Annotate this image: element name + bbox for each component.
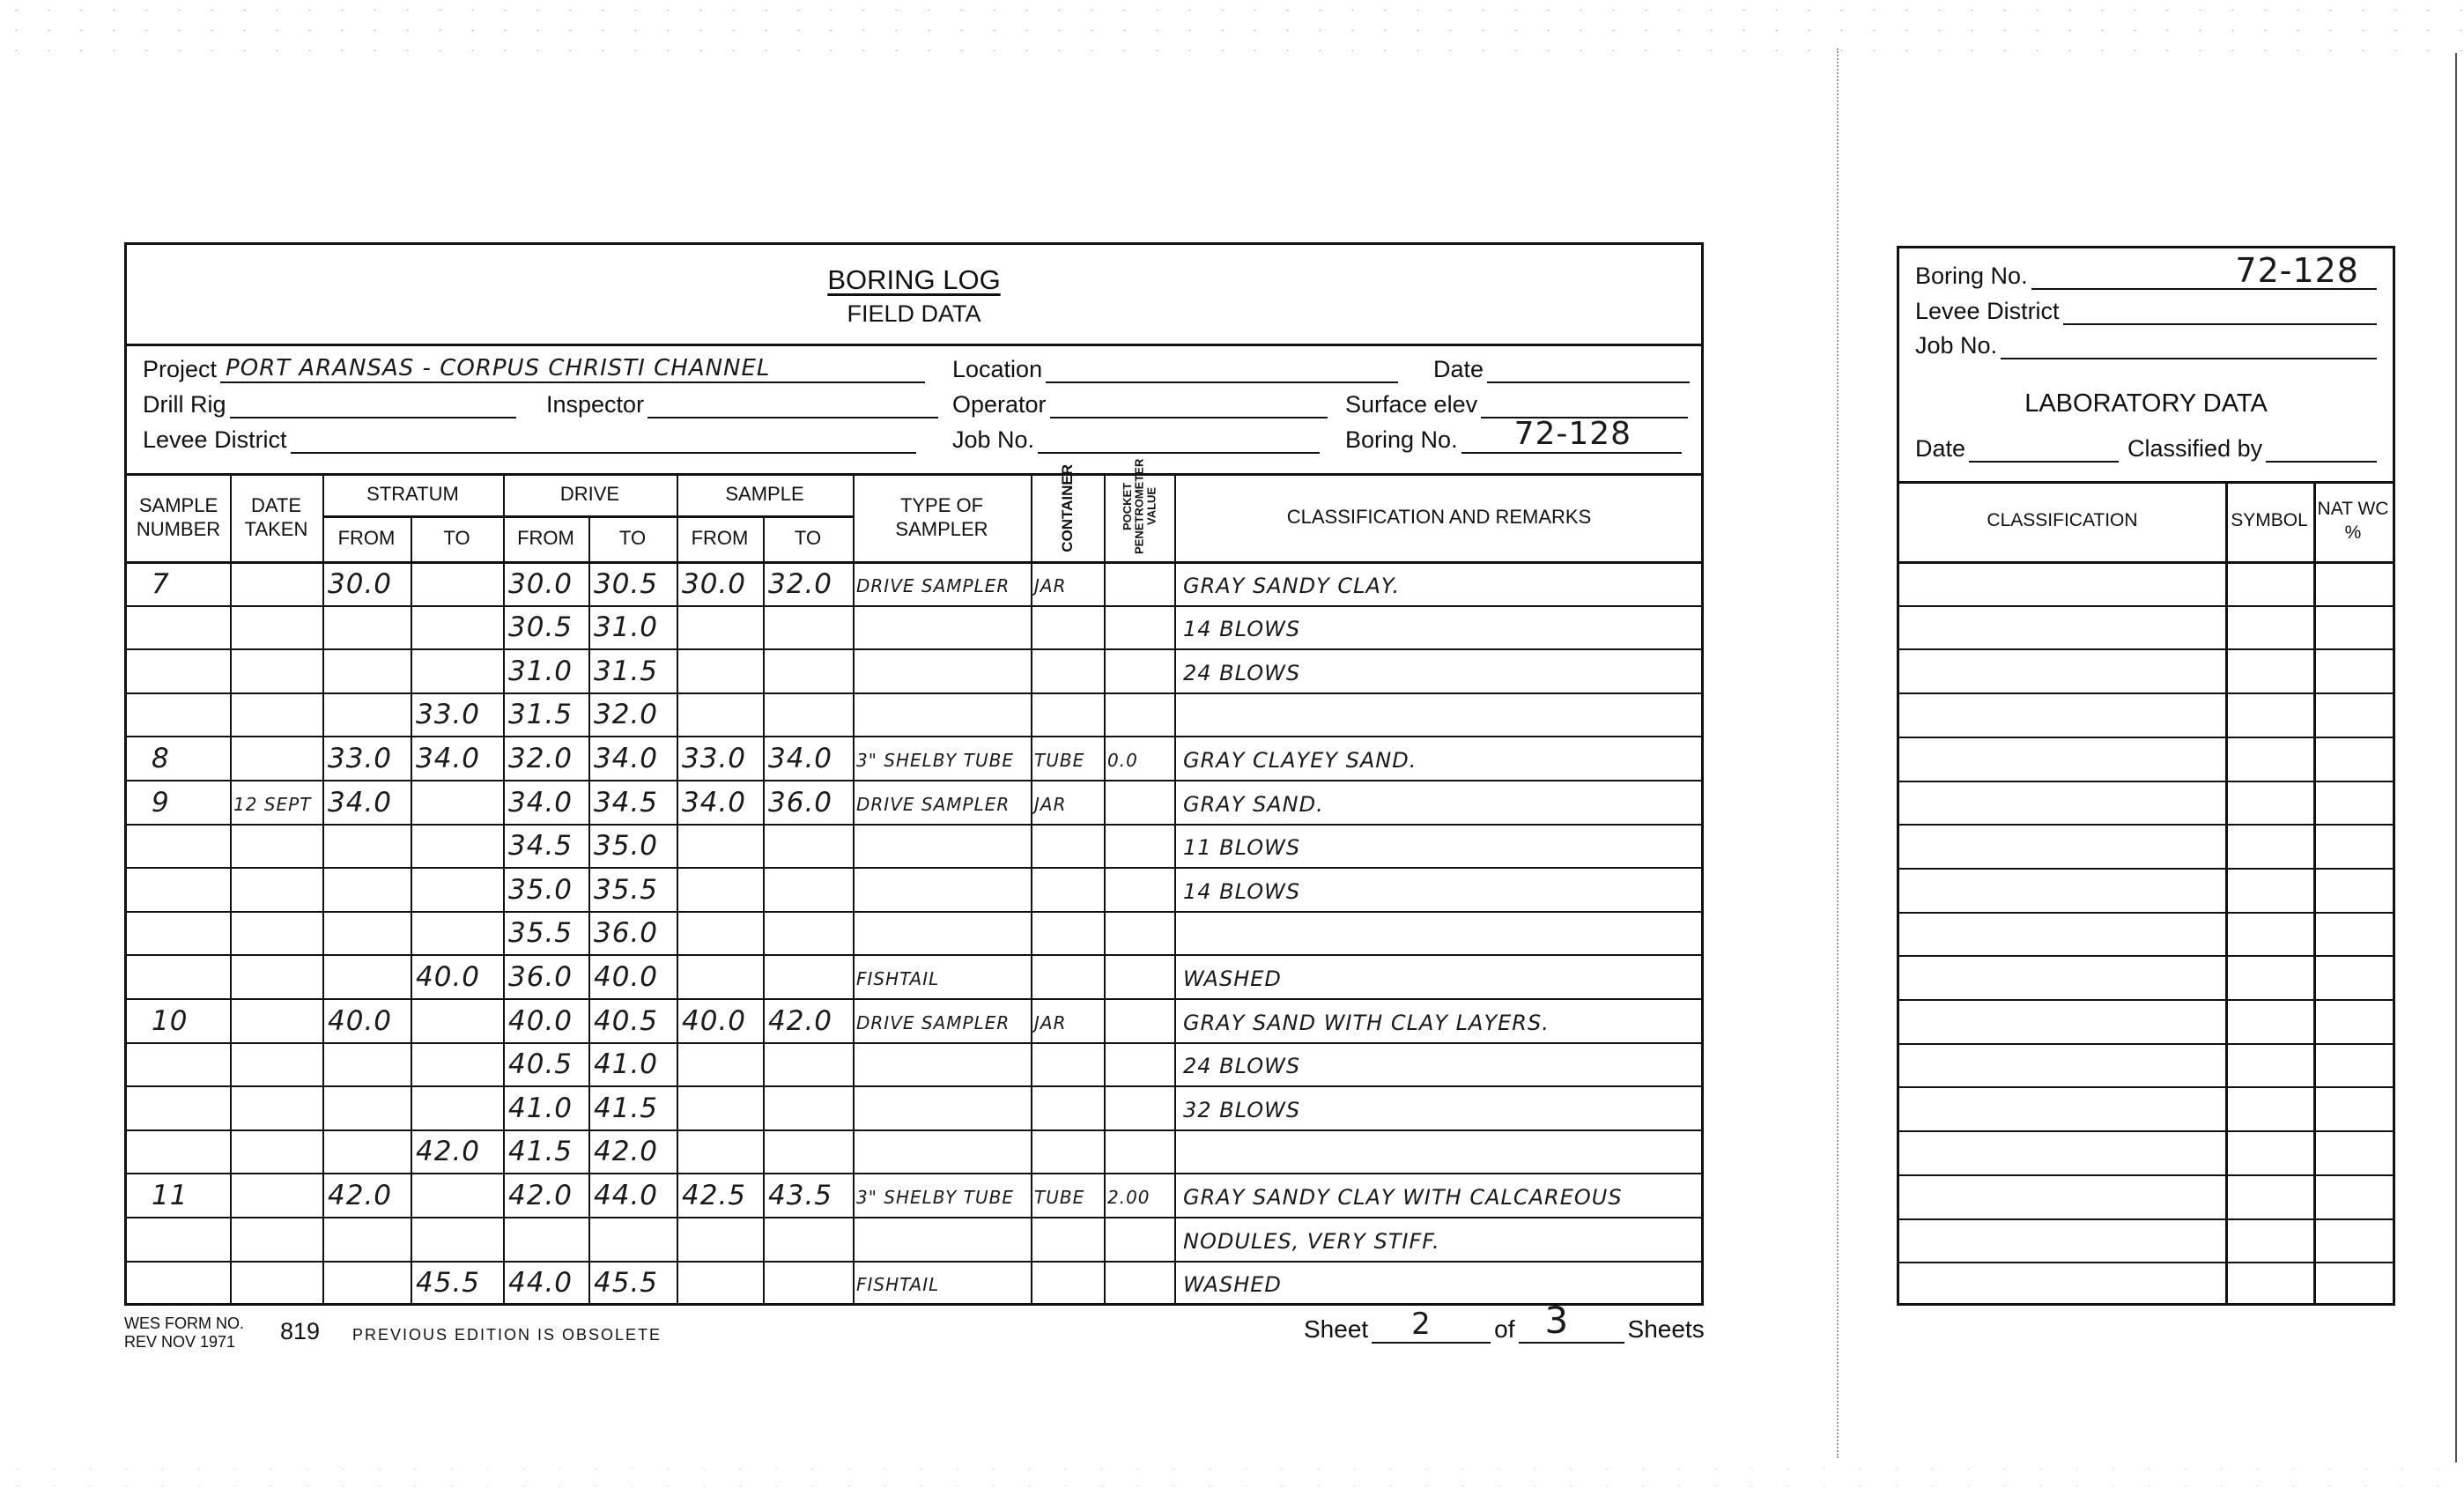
drill-rig-field[interactable]: Drill Rig (143, 391, 516, 418)
cell-drive-from[interactable]: 35.5 (503, 911, 588, 955)
cell-drive-to[interactable]: 34.0 (588, 736, 677, 780)
lab-cell-symbol[interactable] (2225, 781, 2313, 825)
lab-cell-nat-wc[interactable] (2313, 648, 2393, 692)
cell-stratum-from[interactable]: 30.0 (322, 561, 411, 605)
cell-stratum-from[interactable]: 34.0 (322, 780, 411, 824)
cell-remarks[interactable]: GRAY SAND WITH CLAY LAYERS. (1174, 998, 1704, 1042)
scan-noise-bottom (0, 1461, 2464, 1496)
lab-cell-symbol[interactable] (2225, 1086, 2313, 1130)
lab-levee-district-field[interactable]: Levee District (1915, 298, 2377, 325)
cell-sample-to[interactable] (763, 867, 853, 911)
cell-date[interactable] (230, 1085, 322, 1129)
cell-drive-to[interactable]: 36.0 (588, 911, 677, 955)
lab-cell-symbol[interactable] (2225, 955, 2313, 999)
cell-stratum-to[interactable] (411, 780, 503, 824)
cell-remarks[interactable]: 24 BLOWS (1174, 648, 1704, 692)
lab-cell-symbol[interactable] (2225, 737, 2313, 781)
cell-container[interactable] (1031, 867, 1104, 911)
boring-no-field[interactable]: Boring No. 72-128 (1345, 426, 1682, 454)
lab-cell-classification[interactable] (1899, 955, 2225, 999)
cell-remarks[interactable]: 14 BLOWS (1174, 867, 1704, 911)
cell-sample-from[interactable] (677, 867, 763, 911)
cell-drive-to[interactable]: 45.5 (588, 1261, 677, 1305)
cell-container[interactable] (1031, 911, 1104, 955)
lab-cell-classification[interactable] (1899, 824, 2225, 868)
cell-pp[interactable]: 0.0 (1104, 736, 1174, 780)
cell-stratum-to[interactable] (411, 824, 503, 868)
cell-date[interactable] (230, 1042, 322, 1086)
cell-sampler[interactable]: FISHTAIL (853, 1261, 1031, 1305)
nat-wc-label: NAT WC (2318, 498, 2389, 521)
lab-cell-symbol[interactable] (2225, 868, 2313, 912)
cell-sample[interactable] (127, 1085, 230, 1129)
operator-field[interactable]: Operator (952, 391, 1328, 418)
cell-stratum-to[interactable] (411, 998, 503, 1042)
cell-stratum-to[interactable]: 40.0 (411, 954, 503, 998)
lab-cell-classification[interactable] (1899, 912, 2225, 956)
cell-date[interactable] (230, 605, 322, 649)
cell-pp[interactable] (1104, 954, 1174, 998)
cell-drive-from[interactable]: 31.0 (503, 648, 588, 692)
lab-cell-symbol[interactable] (2225, 999, 2313, 1043)
cell-date[interactable] (230, 1173, 322, 1217)
lab-cell-nat-wc[interactable] (2313, 1043, 2393, 1087)
lab-cell-symbol[interactable] (2225, 1218, 2313, 1263)
cell-drive-to[interactable]: 31.5 (588, 648, 677, 692)
cell-drive-from[interactable]: 41.5 (503, 1129, 588, 1174)
cell-stratum-to[interactable] (411, 1217, 503, 1261)
levee-district-field[interactable]: Levee District (143, 426, 916, 454)
cell-date[interactable] (230, 561, 322, 605)
lab-cell-classification[interactable] (1899, 1218, 2225, 1263)
cell-date[interactable] (230, 1217, 322, 1261)
cell-drive-from[interactable]: 34.5 (503, 824, 588, 868)
cell-drive-to[interactable]: 41.5 (588, 1085, 677, 1129)
cell-stratum-to[interactable]: 45.5 (411, 1261, 503, 1305)
cell-pp[interactable] (1104, 1129, 1174, 1174)
cell-drive-from[interactable]: 40.0 (503, 998, 588, 1042)
cell-container[interactable] (1031, 1042, 1104, 1086)
inspector-field[interactable]: Inspector (546, 391, 938, 418)
location-field[interactable]: Location (952, 356, 1398, 383)
cell-container[interactable] (1031, 648, 1104, 692)
cell-remarks[interactable]: 24 BLOWS (1174, 1042, 1704, 1086)
header-sample-number: SAMPLE NUMBER (127, 473, 230, 561)
cell-remarks[interactable]: WASHED (1174, 954, 1704, 998)
cell-remarks[interactable] (1174, 692, 1704, 737)
cell-stratum-from[interactable] (322, 867, 411, 911)
cell-stratum-from[interactable] (322, 954, 411, 998)
cell-drive-to[interactable]: 35.5 (588, 867, 677, 911)
cell-drive-to[interactable]: 40.5 (588, 998, 677, 1042)
lab-cell-classification[interactable] (1899, 737, 2225, 781)
surface-elev-field[interactable]: Surface elev (1345, 391, 1688, 418)
header-container: CONTAINER (1031, 455, 1104, 561)
cell-remarks[interactable]: GRAY SAND. (1174, 780, 1704, 824)
lab-job-no-field[interactable]: Job No. (1915, 332, 2377, 359)
cell-pp[interactable] (1104, 824, 1174, 868)
classified-by-label: Classified by (2127, 435, 2262, 463)
cell-sample-to[interactable] (763, 911, 853, 955)
cell-sample[interactable]: 8 (127, 736, 230, 780)
cell-pp[interactable]: 2.00 (1104, 1173, 1174, 1217)
cell-sample-to[interactable] (763, 692, 853, 737)
cell-date[interactable] (230, 824, 322, 868)
cell-drive-from[interactable] (503, 1217, 588, 1261)
cell-sample[interactable]: 9 (127, 780, 230, 824)
cell-sample-from[interactable]: 40.0 (677, 998, 763, 1042)
lab-cell-nat-wc[interactable] (2313, 781, 2393, 825)
cell-sample[interactable] (127, 911, 230, 955)
lab-cell-nat-wc[interactable] (2313, 999, 2393, 1043)
cell-remarks[interactable]: GRAY SANDY CLAY WITH CALCAREOUS (1174, 1173, 1704, 1217)
cell-container[interactable] (1031, 1129, 1104, 1174)
lab-cell-symbol[interactable] (2225, 648, 2313, 692)
cell-sample[interactable] (127, 1129, 230, 1174)
cell-remarks[interactable]: 14 BLOWS (1174, 605, 1704, 649)
cell-date[interactable] (230, 911, 322, 955)
cell-stratum-from[interactable] (322, 1085, 411, 1129)
cell-sample[interactable] (127, 1042, 230, 1086)
cell-sample-from[interactable] (677, 648, 763, 692)
of-label: of (1494, 1315, 1514, 1344)
cell-drive-to[interactable]: 34.5 (588, 780, 677, 824)
cell-stratum-from[interactable] (322, 1217, 411, 1261)
cell-sampler[interactable] (853, 867, 1031, 911)
sheet-label: Sheet (1304, 1315, 1368, 1344)
lab-cell-symbol[interactable] (2225, 912, 2313, 956)
cell-stratum-to[interactable]: 33.0 (411, 692, 503, 737)
cell-drive-to[interactable]: 41.0 (588, 1042, 677, 1086)
cell-stratum-to[interactable] (411, 648, 503, 692)
lab-cell-symbol[interactable] (2225, 561, 2313, 605)
cell-stratum-to[interactable] (411, 1042, 503, 1086)
lab-cell-nat-wc[interactable] (2313, 737, 2393, 781)
cell-sample[interactable] (127, 692, 230, 737)
cell-pp[interactable] (1104, 911, 1174, 955)
cell-container[interactable] (1031, 605, 1104, 649)
cell-drive-to[interactable]: 32.0 (588, 692, 677, 737)
sheet-counter: Sheet 2 of 3 Sheets (1304, 1315, 1705, 1344)
cell-sampler[interactable] (853, 692, 1031, 737)
lab-cell-nat-wc[interactable] (2313, 1174, 2393, 1218)
cell-sample-from[interactable] (677, 911, 763, 955)
cell-drive-from[interactable]: 31.5 (503, 692, 588, 737)
cell-sampler[interactable] (853, 648, 1031, 692)
cell-pp[interactable] (1104, 605, 1174, 649)
cell-sample-to[interactable] (763, 1129, 853, 1174)
cell-sample-to[interactable]: 36.0 (763, 780, 853, 824)
cell-stratum-from[interactable]: 42.0 (322, 1173, 411, 1217)
cell-sample-to[interactable] (763, 605, 853, 649)
percent-label: % (2345, 522, 2362, 544)
cell-pp[interactable] (1104, 1217, 1174, 1261)
cell-stratum-from[interactable]: 33.0 (322, 736, 411, 780)
cell-remarks[interactable]: 32 BLOWS (1174, 1085, 1704, 1129)
cell-sample-from[interactable]: 42.5 (677, 1173, 763, 1217)
cell-date[interactable] (230, 867, 322, 911)
lab-cell-classification[interactable] (1899, 1174, 2225, 1218)
lab-cell-symbol[interactable] (2225, 1174, 2313, 1218)
cell-stratum-to[interactable] (411, 1173, 503, 1217)
lab-boring-no-value: 72-128 (2235, 251, 2359, 290)
cell-sample-from[interactable]: 33.0 (677, 736, 763, 780)
cell-sampler[interactable] (853, 1085, 1031, 1129)
cell-sample-from[interactable] (677, 1261, 763, 1305)
cell-container[interactable] (1031, 824, 1104, 868)
lab-cell-symbol[interactable] (2225, 1262, 2313, 1306)
cell-sample[interactable] (127, 824, 230, 868)
cell-container[interactable]: TUBE (1031, 736, 1104, 780)
cell-sampler[interactable] (853, 605, 1031, 649)
job-no-field[interactable]: Job No. (952, 426, 1320, 454)
cell-sample[interactable] (127, 867, 230, 911)
cell-sample-to[interactable] (763, 1042, 853, 1086)
header-symbol: SYMBOL (2225, 481, 2313, 561)
cell-sample[interactable] (127, 954, 230, 998)
lab-cell-classification[interactable] (1899, 648, 2225, 692)
cell-date[interactable] (230, 1129, 322, 1174)
cell-sample-from[interactable] (677, 954, 763, 998)
lab-cell-symbol[interactable] (2225, 824, 2313, 868)
cell-sampler[interactable] (853, 1042, 1031, 1086)
cell-stratum-from[interactable] (322, 1129, 411, 1174)
cell-stratum-to[interactable] (411, 911, 503, 955)
cell-sample-from[interactable] (677, 824, 763, 868)
header-stratum-to: TO (411, 515, 503, 561)
cell-drive-from[interactable]: 41.0 (503, 1085, 588, 1129)
cell-sampler[interactable] (853, 1129, 1031, 1174)
cell-drive-to[interactable] (588, 1217, 677, 1261)
cell-stratum-to[interactable] (411, 1085, 503, 1129)
cell-remarks[interactable] (1174, 1129, 1704, 1174)
lab-cell-classification[interactable] (1899, 781, 2225, 825)
cell-sampler[interactable]: 3" SHELBY TUBE (853, 1173, 1031, 1217)
sheet-number: 2 (1411, 1307, 1432, 1342)
boring-no-label: Boring No. (1345, 426, 1458, 454)
laboratory-data-form: Boring No. 72-128 Levee District Job No.… (1897, 246, 2395, 1306)
inspector-label: Inspector (546, 391, 644, 418)
cell-stratum-to[interactable] (411, 605, 503, 649)
cell-pp[interactable] (1104, 1042, 1174, 1086)
cell-pp[interactable] (1104, 692, 1174, 737)
cell-sample-from[interactable]: 30.0 (677, 561, 763, 605)
cell-date[interactable] (230, 648, 322, 692)
lab-cell-classification[interactable] (1899, 1043, 2225, 1087)
cell-date[interactable]: 12 SEPT (230, 780, 322, 824)
cell-sampler[interactable]: DRIVE SAMPLER (853, 780, 1031, 824)
cell-stratum-from[interactable] (322, 648, 411, 692)
cell-sampler[interactable]: DRIVE SAMPLER (853, 998, 1031, 1042)
cell-sample[interactable]: 7 (127, 561, 230, 605)
cell-sample-to[interactable] (763, 1085, 853, 1129)
cell-sample-to[interactable] (763, 1217, 853, 1261)
cell-stratum-from[interactable] (322, 1261, 411, 1305)
cell-drive-from[interactable]: 35.0 (503, 867, 588, 911)
cell-drive-to[interactable]: 31.0 (588, 605, 677, 649)
date-label: Date (1433, 356, 1484, 383)
cell-sample-to[interactable]: 34.0 (763, 736, 853, 780)
cell-sample[interactable] (127, 1261, 230, 1305)
cell-date[interactable] (230, 692, 322, 737)
cell-sample-to[interactable] (763, 824, 853, 868)
cell-sample[interactable] (127, 648, 230, 692)
cell-drive-to[interactable]: 44.0 (588, 1173, 677, 1217)
cell-sample[interactable]: 10 (127, 998, 230, 1042)
cell-remarks[interactable]: GRAY SANDY CLAY. (1174, 561, 1704, 605)
cell-sampler[interactable]: 3" SHELBY TUBE (853, 736, 1031, 780)
cell-drive-from[interactable]: 40.5 (503, 1042, 588, 1086)
form-number: 819 (280, 1318, 320, 1345)
cell-sample-to[interactable]: 42.0 (763, 998, 853, 1042)
cell-stratum-to[interactable] (411, 867, 503, 911)
cell-sample-to[interactable] (763, 1261, 853, 1305)
cell-drive-from[interactable]: 34.0 (503, 780, 588, 824)
cell-pp[interactable] (1104, 1261, 1174, 1305)
lab-cell-nat-wc[interactable] (2313, 1086, 2393, 1130)
cell-container[interactable]: JAR (1031, 780, 1104, 824)
project-field[interactable]: Project PORT ARANSAS - CORPUS CHRISTI CH… (143, 356, 925, 383)
lab-cell-nat-wc[interactable] (2313, 1218, 2393, 1263)
cell-sample-from[interactable] (677, 1085, 763, 1129)
lab-cell-nat-wc[interactable] (2313, 912, 2393, 956)
lab-cell-classification[interactable] (1899, 1130, 2225, 1174)
lab-boring-no-field[interactable]: Boring No. 72-128 (1915, 263, 2377, 290)
cell-stratum-from[interactable] (322, 824, 411, 868)
cell-container[interactable] (1031, 692, 1104, 737)
cell-pp[interactable] (1104, 780, 1174, 824)
lab-cell-nat-wc[interactable] (2313, 824, 2393, 868)
lab-cell-classification[interactable] (1899, 605, 2225, 649)
cell-date[interactable] (230, 998, 322, 1042)
page-edge (2455, 53, 2457, 1463)
lab-cell-symbol[interactable] (2225, 1043, 2313, 1087)
cell-remarks[interactable]: 11 BLOWS (1174, 824, 1704, 868)
cell-container[interactable] (1031, 1261, 1104, 1305)
cell-container[interactable] (1031, 1085, 1104, 1129)
lab-cell-classification[interactable] (1899, 561, 2225, 605)
cell-stratum-from[interactable]: 40.0 (322, 998, 411, 1042)
lab-cell-nat-wc[interactable] (2313, 605, 2393, 649)
cell-drive-to[interactable]: 30.5 (588, 561, 677, 605)
cell-drive-from[interactable]: 44.0 (503, 1261, 588, 1305)
lab-cell-classification[interactable] (1899, 999, 2225, 1043)
cell-container[interactable]: TUBE (1031, 1173, 1104, 1217)
lab-date-classified-field[interactable]: Date Classified by (1915, 435, 2377, 463)
cell-date[interactable] (230, 1261, 322, 1305)
cell-sample-to[interactable] (763, 954, 853, 998)
cell-sampler[interactable] (853, 911, 1031, 955)
cell-sampler[interactable] (853, 1217, 1031, 1261)
divider (127, 344, 1701, 346)
lab-cell-nat-wc[interactable] (2313, 692, 2393, 737)
cell-drive-from[interactable]: 30.0 (503, 561, 588, 605)
cell-pp[interactable] (1104, 998, 1174, 1042)
lab-cell-classification[interactable] (1899, 692, 2225, 737)
cell-stratum-to[interactable] (411, 561, 503, 605)
cell-container[interactable] (1031, 1217, 1104, 1261)
lab-cell-nat-wc[interactable] (2313, 1130, 2393, 1174)
cell-drive-to[interactable]: 35.0 (588, 824, 677, 868)
cell-date[interactable] (230, 736, 322, 780)
cell-sampler[interactable] (853, 824, 1031, 868)
header-drive-to: TO (588, 515, 677, 561)
lab-cell-symbol[interactable] (2225, 692, 2313, 737)
cell-date[interactable] (230, 954, 322, 998)
lab-cell-classification[interactable] (1899, 1086, 2225, 1130)
cell-sample-from[interactable] (677, 1042, 763, 1086)
cell-stratum-to[interactable]: 34.0 (411, 736, 503, 780)
cell-sample-from[interactable]: 34.0 (677, 780, 763, 824)
lab-cell-symbol[interactable] (2225, 605, 2313, 649)
lab-cell-symbol[interactable] (2225, 1130, 2313, 1174)
cell-sample-to[interactable] (763, 648, 853, 692)
cell-stratum-from[interactable] (322, 692, 411, 737)
obsolete-note: PREVIOUS EDITION IS OBSOLETE (352, 1326, 662, 1344)
lab-date-label: Date (1915, 435, 1965, 463)
cell-sample[interactable]: 11 (127, 1173, 230, 1217)
cell-drive-to[interactable]: 42.0 (588, 1129, 677, 1174)
cell-drive-from[interactable]: 42.0 (503, 1173, 588, 1217)
cell-sample-to[interactable]: 32.0 (763, 561, 853, 605)
lab-title: LABORATORY DATA (1899, 389, 2393, 418)
cell-container[interactable]: JAR (1031, 998, 1104, 1042)
cell-sample-from[interactable] (677, 1217, 763, 1261)
header-stratum-from: FROM (322, 515, 411, 561)
page-fold-line (1837, 48, 1839, 1458)
cell-remarks[interactable]: NODULES, VERY STIFF. (1174, 1217, 1704, 1261)
cell-remarks[interactable]: GRAY CLAYEY SAND. (1174, 736, 1704, 780)
lab-cell-nat-wc[interactable] (2313, 561, 2393, 605)
cell-container[interactable]: JAR (1031, 561, 1104, 605)
cell-pp[interactable] (1104, 1085, 1174, 1129)
lab-cell-nat-wc[interactable] (2313, 868, 2393, 912)
cell-drive-to[interactable]: 40.0 (588, 954, 677, 998)
lab-cell-classification[interactable] (1899, 868, 2225, 912)
cell-stratum-from[interactable] (322, 911, 411, 955)
cell-sample[interactable] (127, 605, 230, 649)
cell-drive-from[interactable]: 30.5 (503, 605, 588, 649)
lab-cell-classification[interactable] (1899, 1262, 2225, 1306)
cell-sampler[interactable]: FISHTAIL (853, 954, 1031, 998)
cell-sample[interactable] (127, 1217, 230, 1261)
lab-cell-nat-wc[interactable] (2313, 1262, 2393, 1306)
cell-pp[interactable] (1104, 867, 1174, 911)
cell-stratum-from[interactable] (322, 1042, 411, 1086)
cell-stratum-from[interactable] (322, 605, 411, 649)
cell-sample-to[interactable]: 43.5 (763, 1173, 853, 1217)
lab-cell-nat-wc[interactable] (2313, 955, 2393, 999)
cell-pp[interactable] (1104, 648, 1174, 692)
cell-pp[interactable] (1104, 561, 1174, 605)
cell-sample-from[interactable] (677, 692, 763, 737)
form-subtitle: FIELD DATA (127, 300, 1701, 328)
cell-drive-from[interactable]: 32.0 (503, 736, 588, 780)
cell-container[interactable] (1031, 954, 1104, 998)
boring-log-form: BORING LOG FIELD DATA Project PORT ARANS… (124, 242, 1704, 1306)
cell-remarks[interactable] (1174, 911, 1704, 955)
total-sheets: 3 (1545, 1299, 1570, 1342)
cell-stratum-to[interactable]: 42.0 (411, 1129, 503, 1174)
date-field[interactable]: Date (1433, 356, 1690, 383)
location-label: Location (952, 356, 1042, 383)
header-sample-from: FROM (677, 515, 763, 561)
cell-sample-from[interactable] (677, 605, 763, 649)
cell-sample-from[interactable] (677, 1129, 763, 1174)
cell-drive-from[interactable]: 36.0 (503, 954, 588, 998)
cell-remarks[interactable]: WASHED (1174, 1261, 1704, 1305)
cell-sampler[interactable]: DRIVE SAMPLER (853, 561, 1031, 605)
